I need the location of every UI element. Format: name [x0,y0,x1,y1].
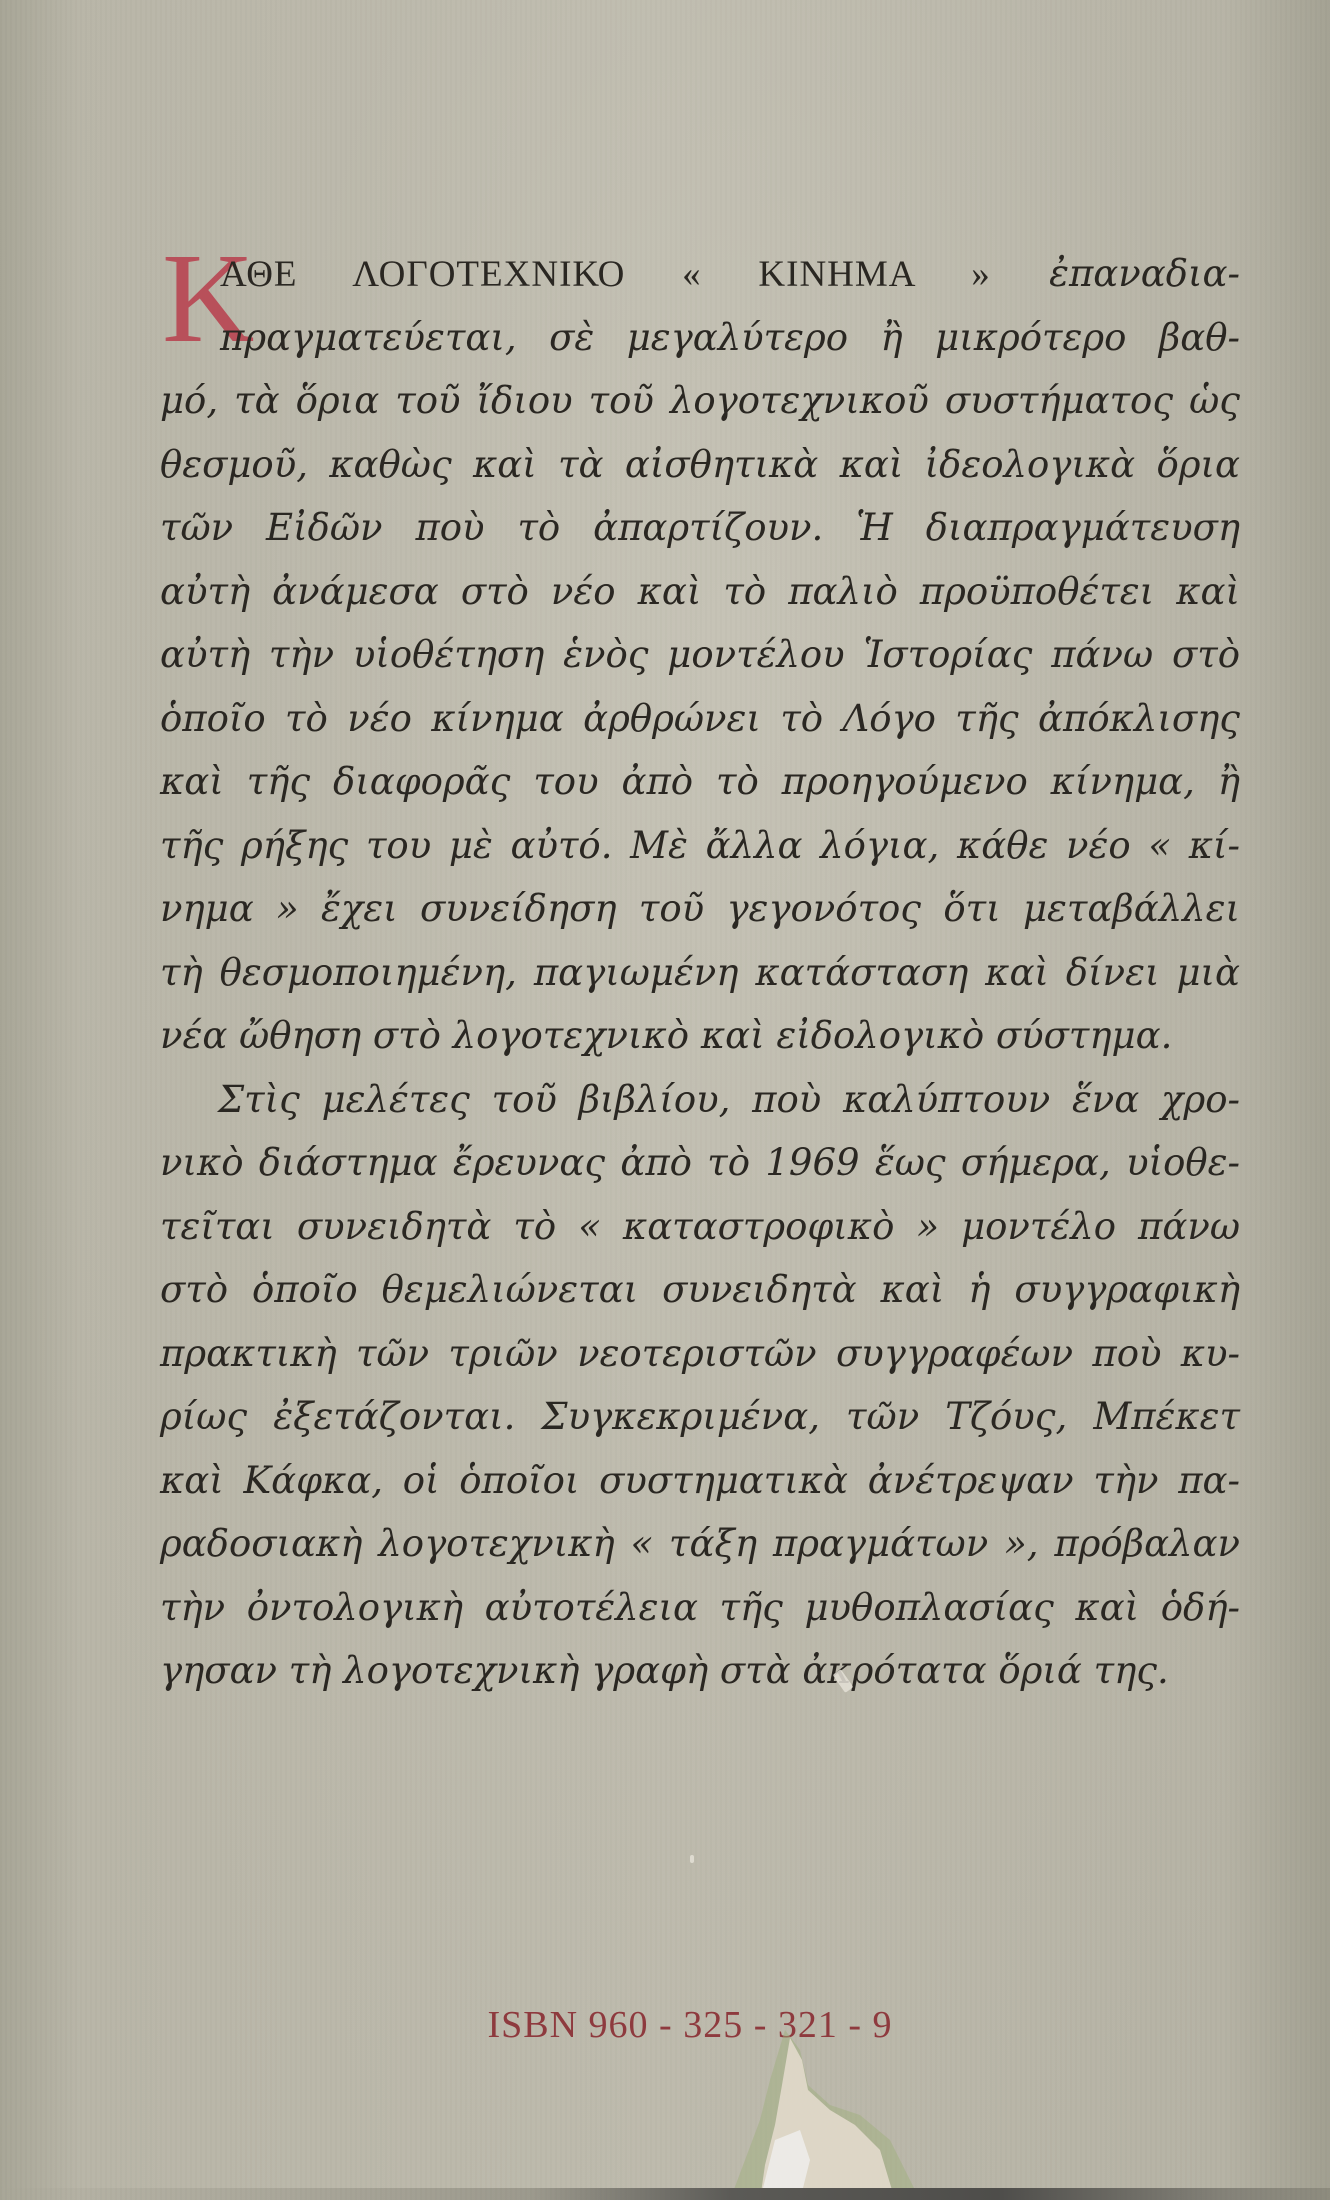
blurb-line: ΑΘΕ ΛΟΓΟΤΕΧΝΙΚΟ « ΚΙΝΗΜΑ » ἐπαναδια- [160,242,1240,306]
blurb-line: καὶ τῆς διαφορᾶς του ἀπὸ τὸ προηγούμενο … [160,750,1240,814]
blurb-line: θεσμοῦ, καθὼς καὶ τὰ αἰσθητικὰ καὶ ἰδεολ… [160,433,1240,497]
opening-caps: ΑΘΕ ΛΟΓΟΤΕΧΝΙΚΟ « ΚΙΝΗΜΑ » [220,254,991,295]
blurb-line: ραδοσιακὴ λογοτεχνικὴ « τάξη πραγμάτων »… [160,1512,1240,1576]
blurb-line: γησαν τὴ λογοτεχνικὴ γραφὴ στὰ ἀκρότατα … [160,1639,1240,1703]
blurb-line: πραγματεύεται, σὲ μεγαλύτερο ἢ μικρότερο… [160,306,1240,370]
blurb-line: νικὸ διάστημα ἔρευνας ἀπὸ τὸ 1969 ἕως σή… [160,1131,1240,1195]
blurb-line: τὴ θεσμοποιημένη, παγιωμένη κατάσταση κα… [160,941,1240,1005]
blurb-line: νημα » ἔχει συνείδηση τοῦ γεγονότος ὅτι … [160,877,1240,941]
blurb-line: αὐτὴ τὴν υἱοθέτηση ἑνὸς μοντέλου Ἱστορία… [160,623,1240,687]
blurb-line: αὐτὴ ἀνάμεσα στὸ νέο καὶ τὸ παλιὸ προϋπο… [160,560,1240,624]
blurb-line: ὁποῖο τὸ νέο κίνημα ἀρθρώνει τὸ Λόγο τῆς… [160,687,1240,751]
blurb-line: Στὶς μελέτες τοῦ βιβλίου, ποὺ καλύπτουν … [160,1068,1240,1132]
paper-damage-speck [690,1855,694,1863]
blurb-line: καὶ Κάφκα, οἱ ὁποῖοι συστηματικὰ ἀνέτρεψ… [160,1449,1240,1513]
book-back-cover: Κ ΑΘΕ ΛΟΓΟΤΕΧΝΙΚΟ « ΚΙΝΗΜΑ » ἐπαναδια- π… [0,0,1330,2200]
blurb-line: πρακτικὴ τῶν τριῶν νεοτεριστῶν συγγραφέω… [160,1322,1240,1386]
surface-below-book [0,2188,1330,2200]
blurb-line: νέα ὤθηση στὸ λογοτεχνικὸ καὶ εἰδολογικὸ… [160,1004,1240,1068]
blurb-line: στὸ ὁποῖο θεμελιώνεται συνειδητὰ καὶ ἡ σ… [160,1258,1240,1322]
blurb-line: τὴν ὀντολογικὴ αὐτοτέλεια τῆς μυθοπλασία… [160,1576,1240,1640]
blurb-line: τῆς ρήξης του μὲ αὐτό. Μὲ ἄλλα λόγια, κά… [160,814,1240,878]
blurb-line: τῶν Εἰδῶν ποὺ τὸ ἀπαρτίζουν. Ἡ διαπραγμά… [160,496,1240,560]
blurb-line: μό, τὰ ὅρια τοῦ ἴδιου τοῦ λογοτεχνικοῦ σ… [160,369,1240,433]
torn-corner-damage [690,2030,930,2200]
blurb-line: τεῖται συνειδητὰ τὸ « καταστροφικὸ » μον… [160,1195,1240,1259]
blurb-line: ρίως ἐξετάζονται. Συγκεκριμένα, τῶν Τζόυ… [160,1385,1240,1449]
blurb-text: ΑΘΕ ΛΟΓΟΤΕΧΝΙΚΟ « ΚΙΝΗΜΑ » ἐπαναδια- πρα… [160,242,1240,1703]
